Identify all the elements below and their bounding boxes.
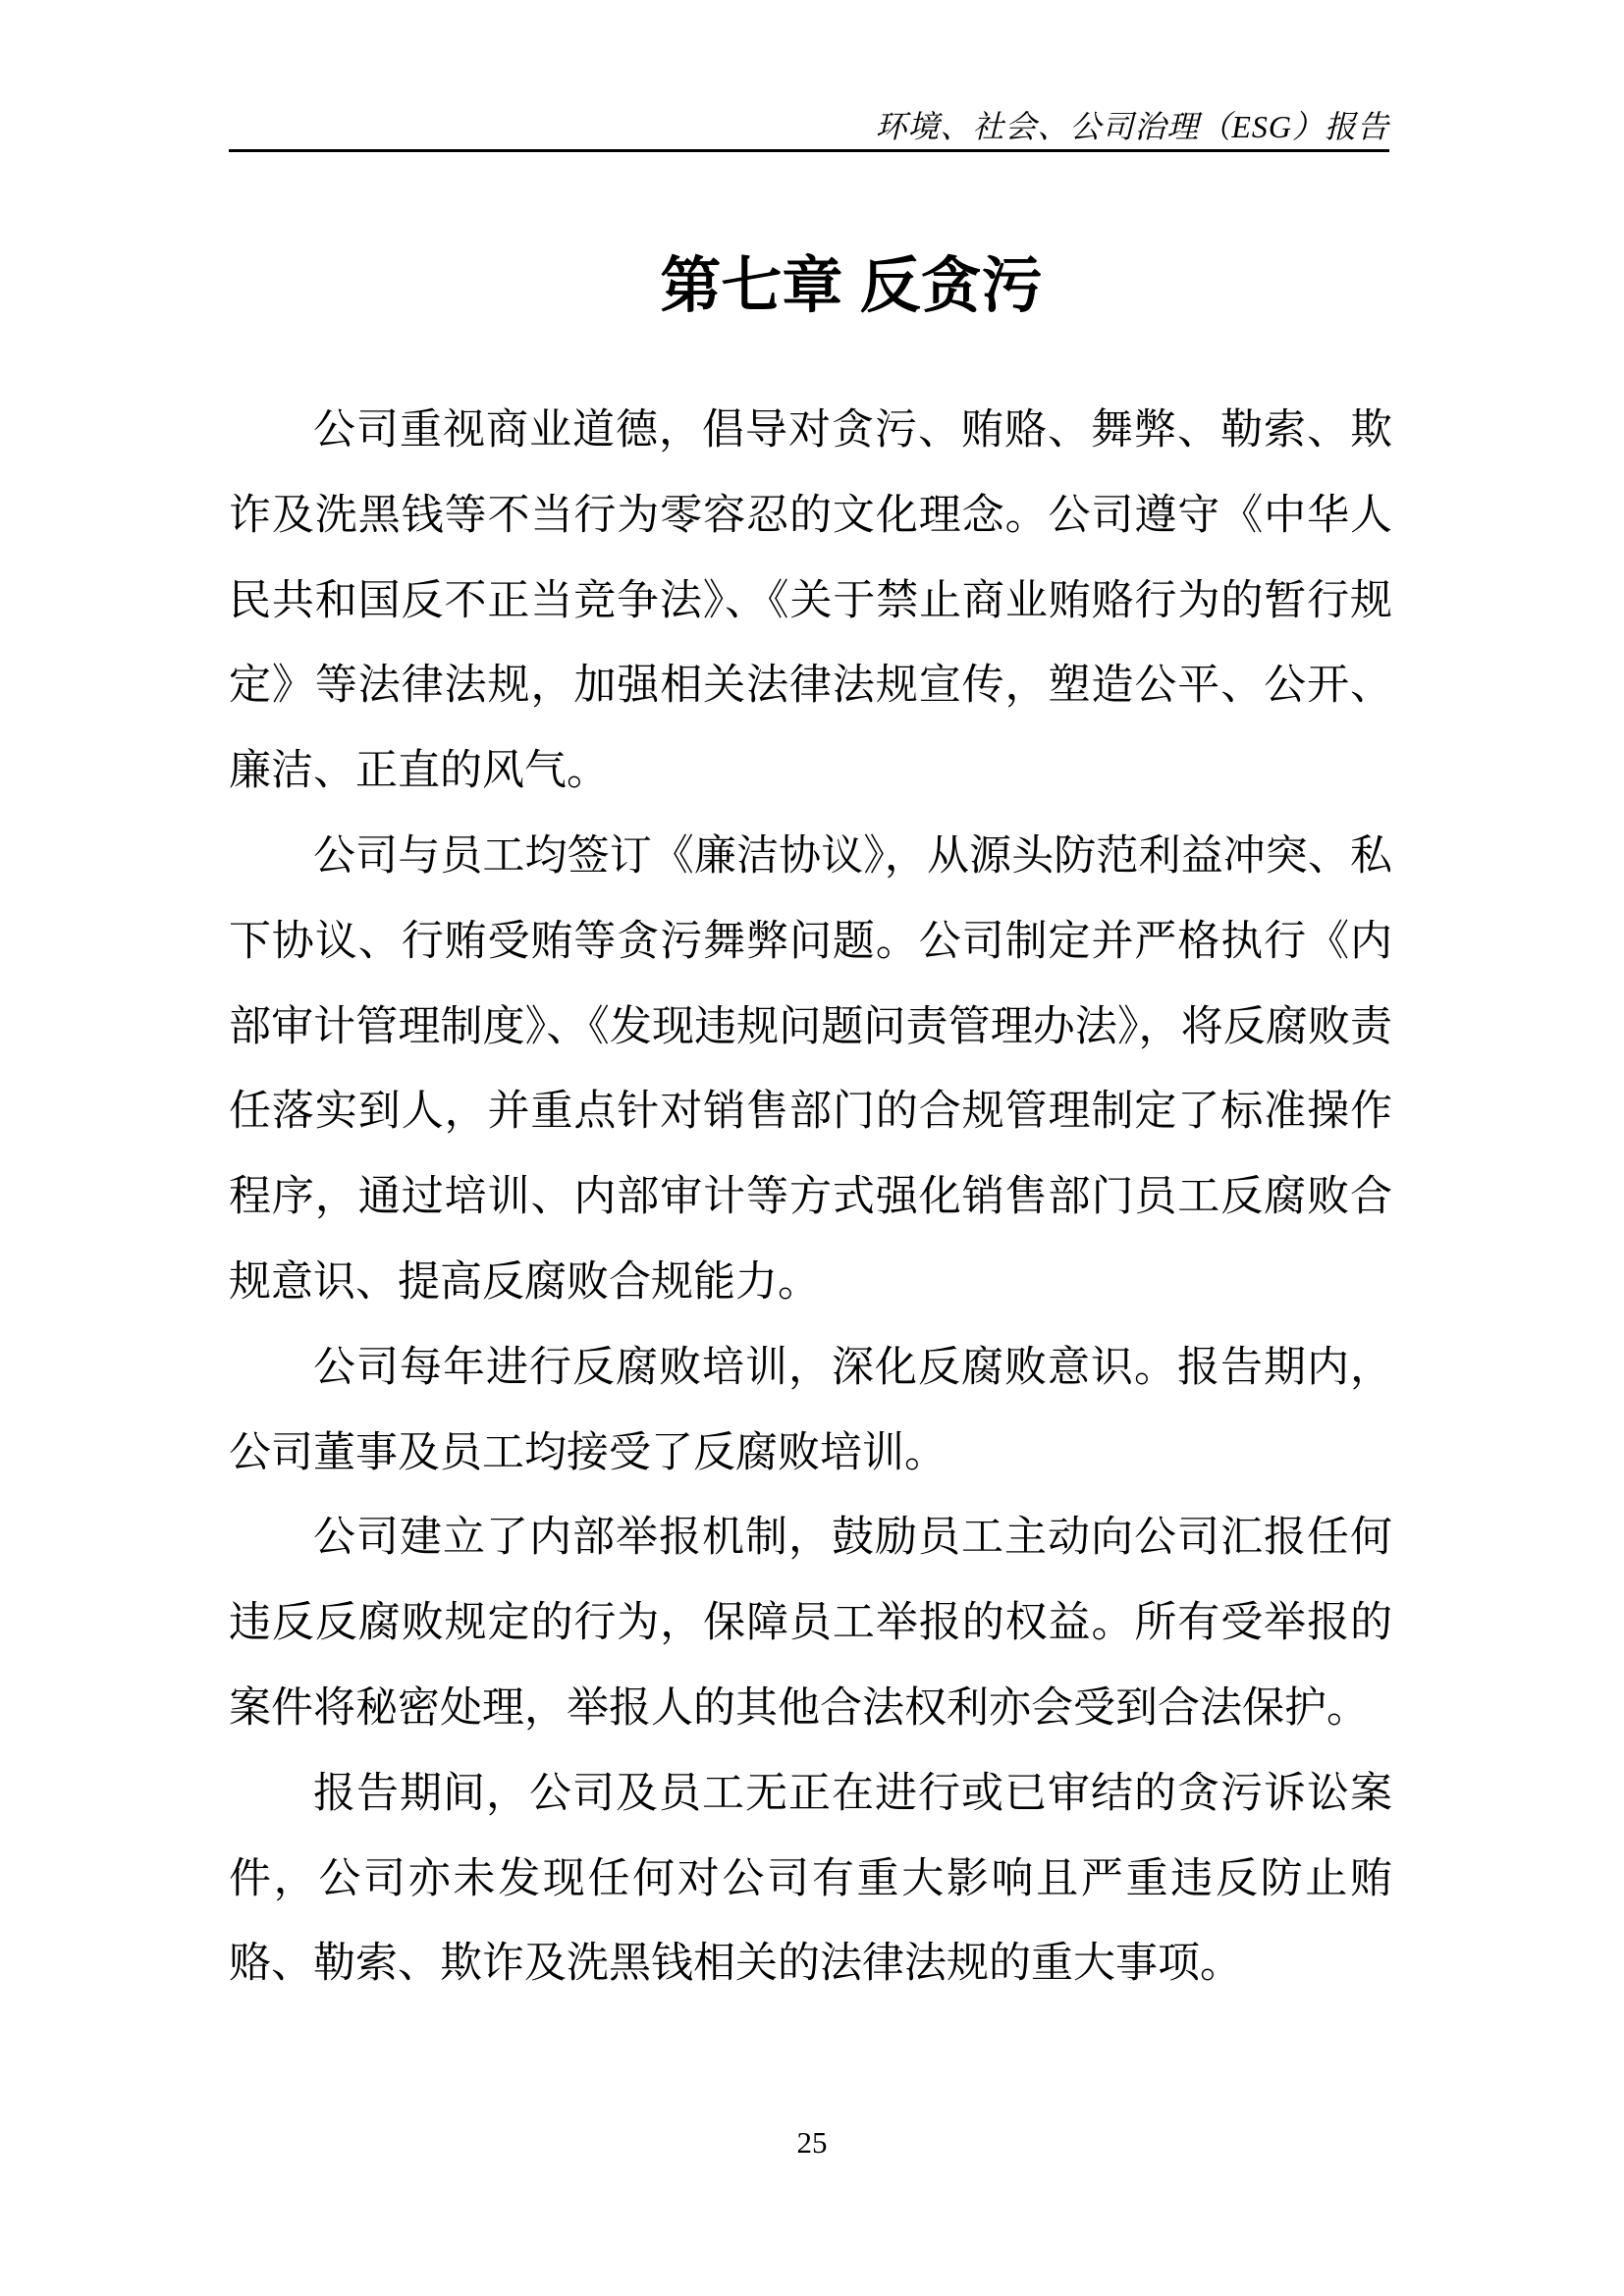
document-body: 公司重视商业道德，倡导对贪污、贿赂、舞弊、勒索、欺诈及洗黑钱等不当行为零容忍的文… (229, 389, 1392, 2007)
paragraph: 公司重视商业道德，倡导对贪污、贿赂、舞弊、勒索、欺诈及洗黑钱等不当行为零容忍的文… (229, 389, 1392, 815)
paragraph: 公司建立了内部举报机制，鼓励员工主动向公司汇报任何违反反腐败规定的行为，保障员工… (229, 1496, 1392, 1751)
page-header: 环境、社会、公司治理（ESG）报告 (229, 106, 1389, 152)
paragraph: 公司与员工均签订《廉洁协议》，从源头防范利益冲突、私下协议、行贿受贿等贪污舞弊问… (229, 815, 1392, 1326)
chapter-title: 第七章 反贪污 (229, 242, 1389, 331)
paragraph: 公司每年进行反腐败培训，深化反腐败意识。报告期内，公司董事及员工均接受了反腐败培… (229, 1326, 1392, 1497)
esg-report-page: 环境、社会、公司治理（ESG）报告 第七章 反贪污 公司重视商业道德，倡导对贪污… (0, 0, 1624, 2296)
paragraph: 报告期间，公司及员工无正在进行或已审结的贪污诉讼案件，公司亦未发现任何对公司有重… (229, 1752, 1392, 2007)
page-number: 25 (0, 2123, 1624, 2163)
running-header-text: 环境、社会、公司治理（ESG）报告 (875, 109, 1389, 144)
